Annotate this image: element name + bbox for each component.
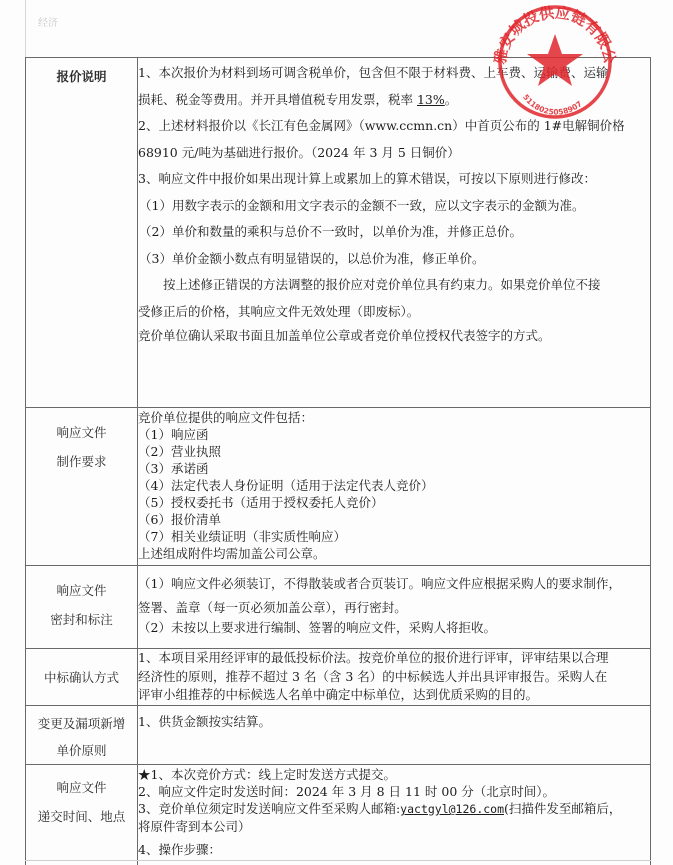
text-line: 按上述修正错误的方法调整的报价应对竞价单位具有约束力。如果竞价单位不接 [138, 272, 650, 299]
content-change-pricing-principle: 1、供货金额按实结算。 [138, 706, 651, 765]
text-line: 1、本项目采用经评审的最低投标价法。按竞价单位的报价进行评审，评审结果以合理 [138, 649, 650, 668]
list-item: （6）报价清单 [138, 511, 650, 528]
text-line: 竞价单位提供的响应文件包括： [138, 409, 650, 426]
content-sealing-and-marking: （1）响应文件必须装订，不得散装或者合页装订。响应文件应根据采购人的要求制作， … [138, 566, 651, 649]
text-line: （1）响应文件必须装订，不得散装或者合页装订。响应文件应根据采购人的要求制作， [138, 570, 650, 598]
list-item: （4）法定代表人身份证明（适用于法定代表人竞价） [138, 477, 650, 494]
content-submission-time-place: ★1、本次竞价方式：线上定时发送方式提交。 2、响应文件定时发送时间：2024 … [138, 765, 651, 865]
label-quotation-notes: 报价说明 [26, 58, 138, 408]
text-line: （3）单价金额小数点有明显错误的，以总价为准，修正单价。 [138, 246, 650, 273]
tax-rate: 13% [417, 92, 445, 107]
content-response-doc-requirements: 竞价单位提供的响应文件包括： （1）响应函 （2）营业执照 （3）承诺函 （4）… [138, 408, 651, 566]
content-award-confirmation: 1、本项目采用经评审的最低投标价法。按竞价单位的报价进行评审，评审结果以合理 经… [138, 649, 651, 706]
text-line: 4、操作步骤： [138, 841, 650, 858]
text-line: 签署、盖章（每一页必须加盖公章），再行密封。 [138, 598, 650, 618]
text-line: 3、竞价单位须定时发送响应文件至采购人邮箱:yactgyl@126.com(扫描… [138, 800, 650, 818]
email-link[interactable]: yactgyl@126.com [400, 802, 504, 816]
row-label: 报价说明 [26, 67, 137, 85]
content-quotation-notes: 1、本次报价为材料到场可调含税单价，包含但不限于材料费、上车费、运输费、运输 损… [138, 58, 651, 408]
row-label: 响应文件 [26, 576, 137, 605]
text-line: 经济性的原则，推荐不超过 3 名（含 3 名）的中标候选人并出具评审报告。采购人… [138, 668, 650, 687]
text-line: 68910 元/吨为基础进行报价。（2024 年 3 月 5 日铜价） [138, 140, 650, 167]
row-label: 中标确认方式 [26, 668, 137, 686]
text-line: 竞价单位确认采取书面且加盖单位公章或者竞价单位授权代表签字的方式。 [138, 325, 650, 347]
list-item: （5）授权委托书（适用于授权委托人竞价） [138, 494, 650, 511]
list-item: （2）营业执照 [138, 443, 650, 460]
label-submission-time-place: 响应文件 递交时间、地点 [26, 765, 138, 865]
text-line: （1）用数字表示的金额和用文字表示的金额不一致，应以文字表示的金额为准。 [138, 193, 650, 220]
list-item: （1）响应函 [138, 426, 650, 443]
row-label: 变更及漏项新增 [26, 710, 137, 737]
text-line: 1、本次报价为材料到场可调含税单价，包含但不限于材料费、上车费、运输费、运输 [138, 60, 650, 87]
list-item: （3）承诺函 [138, 460, 650, 477]
row-label: 单价原则 [26, 737, 137, 764]
text-line: 2、响应文件定时发送时间：2024 年 3 月 8 日 11 时 00 分（北京… [138, 783, 650, 800]
text-line: 将原件寄到本公司） [138, 818, 650, 835]
text-line: ★1、本次竞价方式：线上定时发送方式提交。 [138, 766, 650, 783]
text-line: 评审小组推荐的中标候选人名单中确定中标单位，达到优质采购的目的。 [138, 686, 650, 705]
text-line: 3、响应文件中报价如果出现计算上或累加上的算术错误，可按以下原则进行修改： [138, 166, 650, 193]
row-change-pricing-principle: 变更及漏项新增 单价原则 1、供货金额按实结算。 [26, 706, 651, 765]
text-line: 2、上述材料报价以《长江有色金属网》（www.ccmn.cn）中首页公布的 1#… [138, 113, 650, 140]
row-label: 递交时间、地点 [26, 802, 137, 831]
list-item: （7）相关业绩证明（非实质性响应） [138, 528, 650, 545]
label-sealing-and-marking: 响应文件 密封和标注 [26, 566, 138, 649]
row-sealing-and-marking: 响应文件 密封和标注 （1）响应文件必须装订，不得散装或者合页装订。响应文件应根… [26, 566, 651, 649]
row-submission-time-place: 响应文件 递交时间、地点 ★1、本次竞价方式：线上定时发送方式提交。 2、响应文… [26, 765, 651, 865]
label-change-pricing-principle: 变更及漏项新增 单价原则 [26, 706, 138, 765]
label-award-confirmation: 中标确认方式 [26, 649, 138, 706]
previous-table-fragment: 经济 [25, 0, 138, 57]
procurement-requirements-table: 报价说明 1、本次报价为材料到场可调含税单价，包含但不限于材料费、上车费、运输费… [25, 57, 651, 865]
label-response-doc-requirements: 响应文件 制作要求 [26, 408, 138, 566]
page-bottom-rule [25, 860, 651, 861]
row-response-doc-requirements: 响应文件 制作要求 竞价单位提供的响应文件包括： （1）响应函 （2）营业执照 … [26, 408, 651, 566]
row-label: 制作要求 [26, 447, 137, 476]
text-line: 上述组成附件均需加盖公司公章。 [138, 545, 650, 562]
row-label: 响应文件 [26, 418, 137, 447]
row-quotation-notes: 报价说明 1、本次报价为材料到场可调含税单价，包含但不限于材料费、上车费、运输费… [26, 58, 651, 408]
text-line: 损耗、税金等费用。并开具增值税专用发票，税率 13%。 [138, 87, 650, 114]
text-line: （2）单价和数量的乘积与总价不一致时，以单价为准，并修正总价。 [138, 219, 650, 246]
row-label: 密封和标注 [26, 605, 137, 634]
text-line: 1、供货金额按实结算。 [138, 713, 650, 731]
text-line: 受修正后的价格，其响应文件无效处理（即废标）。 [138, 299, 650, 326]
row-award-confirmation: 中标确认方式 1、本项目采用经评审的最低投标价法。按竞价单位的报价进行评审，评审… [26, 649, 651, 706]
faded-ghost-text: 经济 [38, 14, 58, 29]
text-line: （2）未按以上要求进行编制、签署的响应文件，采购人将拒收。 [138, 618, 650, 638]
row-label: 响应文件 [26, 773, 137, 802]
